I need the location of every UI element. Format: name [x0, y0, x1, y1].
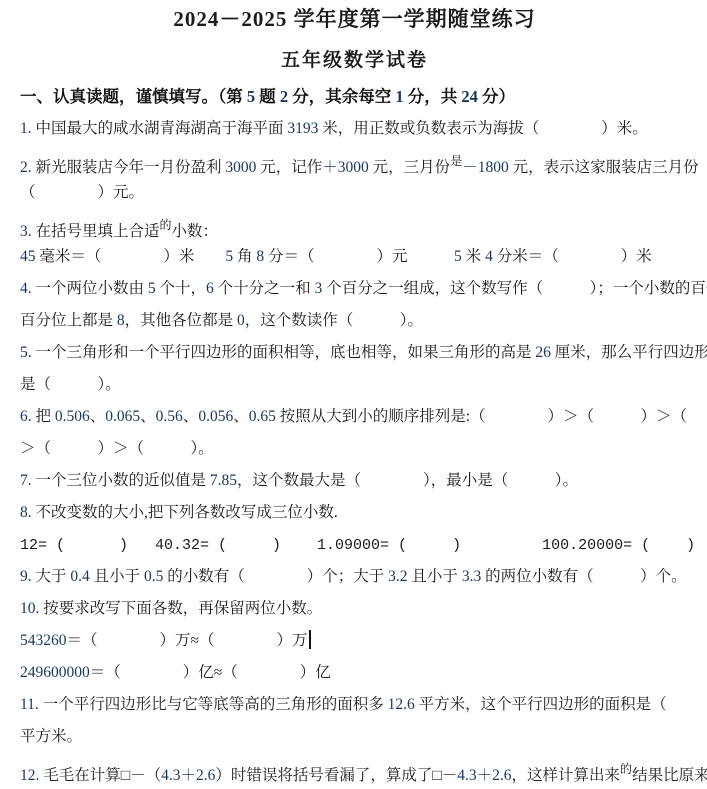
- text-segment: 角: [233, 248, 256, 265]
- text-segment: 结果比原来正: [632, 767, 707, 784]
- text-segment: 个百分之一组成，这个数写作（ ）；一个小数的百位和: [322, 280, 707, 297]
- text-segment: 毛毛在计算□－（: [43, 767, 161, 784]
- text-segment: 26: [535, 344, 551, 361]
- section-1-header: 一、认真读题，谨慎填写。（第 5 题 2 分，其余每空 1 分，共 24 分）: [20, 83, 689, 113]
- text-segment: 9.: [20, 568, 36, 585]
- text-segment: 大于: [36, 568, 71, 585]
- text-segment: 、: [183, 408, 199, 425]
- text-segment: 新光服装店今年一月份盈利: [36, 159, 226, 176]
- question-1: 1. 中国最大的咸水湖青海湖高于海平面 3193 米，用正数或负数表示为海拔（ …: [20, 113, 689, 145]
- text-segment: 0: [237, 312, 245, 329]
- text-segment: 7.85: [210, 472, 237, 489]
- text-segment: 一、认真读题，谨慎填写。（第: [20, 87, 247, 106]
- text-segment: 8: [256, 248, 264, 265]
- text-segment: 3.2: [388, 568, 407, 585]
- text-segment: 在括号里填上合适: [36, 223, 160, 240]
- text-segment: 百分位上都是: [20, 312, 117, 329]
- text-segment: 分米＝（ ）米: [493, 248, 652, 265]
- question-4-line-1: 4. 一个两位小数由 5 个十，6 个十分之一和 3 个百分之一组成，这个数写作…: [20, 273, 689, 305]
- exam-subtitle: 五年级数学试卷: [20, 49, 689, 73]
- text-segment: ＞（ ）＞（ ）。: [20, 440, 214, 457]
- text-segment: 一个平行四边形比与它等底等高的三角形的面积多: [43, 696, 388, 713]
- text-segment: 不改变数的大小,把下列各数改写成三位小数.: [36, 504, 338, 521]
- text-segment: 12.: [20, 767, 43, 784]
- text-segment: 1.: [20, 120, 36, 137]
- question-3-line-2: 45 毫米＝（ ）米 5 角 8 分＝（ ）元 5 米 4 分米＝（ ）米: [20, 241, 689, 273]
- text-segment: 一个三位小数的近似值是: [36, 472, 210, 489]
- text-segment: 0.65: [249, 408, 276, 425]
- question-7: 7. 一个三位小数的近似值是 7.85，这个数最大是（ ），最小是（ ）。: [20, 465, 689, 497]
- text-segment: 3000: [225, 159, 256, 176]
- text-segment: 、: [233, 408, 249, 425]
- text-segment: 7.: [20, 472, 36, 489]
- text-segment: 2.: [20, 159, 36, 176]
- text-segment: 中国最大的咸水湖青海湖高于海平面: [36, 120, 288, 137]
- text-segment: 3.3: [462, 568, 481, 585]
- question-2-line-1: 2. 新光服装店今年一月份盈利 3000 元，记作＋3000 元，三月份是－18…: [20, 145, 689, 177]
- text-segment: ＋3000: [322, 159, 369, 176]
- text-segment: 5: [454, 248, 462, 265]
- question-6-line-2: ＞（ ）＞（ ）。: [20, 433, 689, 465]
- question-11-line-1: 11. 一个平行四边形比与它等底等高的三角形的面积多 12.6 平方米，这个平行…: [20, 689, 689, 721]
- text-segment: 0.065: [105, 408, 140, 425]
- question-2-line-2: （ ）元。: [20, 177, 689, 209]
- text-segment: 元，表示这家服装店三月份: [509, 159, 699, 176]
- question-5-line-2: 是（ ）。: [20, 369, 689, 401]
- text-segment: 4.3＋2.6: [457, 767, 511, 784]
- text-segment: 0.4: [70, 568, 89, 585]
- question-8-line-1: 8. 不改变数的大小,把下列各数改写成三位小数.: [20, 497, 689, 529]
- text-segment: 6: [206, 280, 214, 297]
- text-segment: 个十，: [156, 280, 206, 297]
- text-segment: 的: [160, 218, 172, 232]
- text-segment: 分，共: [404, 87, 462, 106]
- question-8-line-2: 12= ( ) 40.32= ( ) 1.09000= ( ) 100.2000…: [20, 529, 689, 561]
- text-segment: 5.: [20, 344, 36, 361]
- text-segment: ，其他各位都是: [125, 312, 237, 329]
- text-segment: 12= ( ) 40.32= ( ) 1.09000= ( ) 100.2000…: [20, 537, 695, 554]
- text-segment: 4.: [20, 280, 36, 297]
- question-10-line-3: 249600000＝（ ）亿≈（ ）亿: [20, 657, 689, 689]
- text-segment: ＝（ ）万≈（ ）万: [67, 632, 308, 649]
- text-segment: 5: [225, 248, 233, 265]
- exam-body: 一、认真读题，谨慎填写。（第 5 题 2 分，其余每空 1 分，共 24 分）1…: [20, 83, 689, 785]
- text-segment: ，这样计算出来: [512, 767, 621, 784]
- exam-title: 2024－2025 学年度第一学期随堂练习: [20, 6, 689, 32]
- text-segment: 、: [90, 408, 106, 425]
- text-segment: 按要求改写下面各数，再保留两位小数。: [43, 600, 322, 617]
- text-segment: 5: [148, 280, 156, 297]
- text-segment: 把: [36, 408, 55, 425]
- text-segment: ）时错误将括号看漏了，算成了□－: [215, 767, 457, 784]
- text-segment: 是: [450, 154, 462, 168]
- text-segment: 按照从大到小的顺序排列是:（ ）＞（ ）＞（ ）: [276, 408, 707, 425]
- text-segment: 小数：: [172, 223, 219, 240]
- text-segment: 平方米。: [20, 728, 82, 745]
- text-segment: 分）: [478, 87, 515, 106]
- text-segment: 米: [462, 248, 485, 265]
- text-segment: 249600000: [20, 664, 90, 681]
- text-segment: 1: [395, 87, 403, 106]
- text-segment: 一个三角形和一个平行四边形的面积相等，底也相等，如果三角形的高是: [36, 344, 536, 361]
- question-5-line-1: 5. 一个三角形和一个平行四边形的面积相等，底也相等，如果三角形的高是 26 厘…: [20, 337, 689, 369]
- text-segment: 4.3＋2.6: [161, 767, 215, 784]
- text-segment: 的两位小数有（ ）个。: [481, 568, 686, 585]
- text-segment: （ ）元。: [20, 184, 144, 201]
- question-3-line-1: 3. 在括号里填上合适的小数：: [20, 209, 689, 241]
- text-segment: 24: [461, 87, 478, 106]
- question-10-line-1: 10. 按要求改写下面各数，再保留两位小数。: [20, 593, 689, 625]
- question-12: 12. 毛毛在计算□－（4.3＋2.6）时错误将括号看漏了，算成了□－4.3＋2…: [20, 753, 689, 785]
- text-segment: 0.056: [198, 408, 233, 425]
- text-segment: 个十分之一和: [214, 280, 315, 297]
- question-4-line-2: 百分位上都是 8，其他各位都是 0，这个数读作（ ）。: [20, 305, 689, 337]
- text-segment: 12.6: [388, 696, 415, 713]
- text-segment: 平方米，这个平行四边形的面积是（ ）: [415, 696, 707, 713]
- question-6-line-1: 6. 把 0.506、0.065、0.56、0.056、0.65 按照从大到小的…: [20, 401, 689, 433]
- text-segment: 厘米，那么平行四边形的高: [551, 344, 707, 361]
- text-cursor: [309, 630, 311, 649]
- text-segment: 4: [485, 248, 493, 265]
- text-segment: 是（ ）。: [20, 376, 121, 393]
- text-segment: 0.5: [144, 568, 163, 585]
- text-segment: 一个两位小数由: [36, 280, 148, 297]
- text-segment: 、: [140, 408, 156, 425]
- text-segment: ，这个数最大是（ ），最小是（ ）。: [237, 472, 578, 489]
- text-segment: 8: [117, 312, 125, 329]
- text-segment: 题: [255, 87, 280, 106]
- text-segment: 毫米＝（ ）米: [36, 248, 226, 265]
- text-segment: 0.56: [156, 408, 183, 425]
- question-11-line-2: 平方米。: [20, 721, 689, 753]
- text-segment: 米，用正数或负数表示为海拔（ ）米。: [318, 120, 647, 137]
- text-segment: 45: [20, 248, 36, 265]
- text-segment: －1800: [462, 159, 509, 176]
- text-segment: 2: [280, 87, 288, 106]
- question-9: 9. 大于 0.4 且小于 0.5 的小数有（ ）个；大于 3.2 且小于 3.…: [20, 561, 689, 593]
- text-segment: 元，记作: [256, 159, 322, 176]
- text-segment: 11.: [20, 696, 43, 713]
- text-segment: 543260: [20, 632, 67, 649]
- text-segment: 的小数有（ ）个；大于: [163, 568, 388, 585]
- text-segment: 5: [247, 87, 255, 106]
- text-segment: 3193: [287, 120, 318, 137]
- text-segment: 元，三月份: [369, 159, 450, 176]
- text-segment: 且小于: [90, 568, 144, 585]
- text-segment: 10.: [20, 600, 43, 617]
- text-segment: ＝（ ）亿≈（ ）亿: [90, 664, 331, 681]
- text-segment: 且小于: [408, 568, 462, 585]
- text-segment: ，这个数读作（ ）。: [245, 312, 423, 329]
- text-segment: 8.: [20, 504, 36, 521]
- exam-paper: 2024－2025 学年度第一学期随堂练习 五年级数学试卷 一、认真读题，谨慎填…: [0, 0, 707, 785]
- text-segment: 分，其余每空: [288, 87, 395, 106]
- text-segment: 的: [620, 762, 632, 776]
- question-10-line-2: 543260＝（ ）万≈（ ）万: [20, 625, 689, 657]
- text-segment: 0.506: [55, 408, 90, 425]
- text-segment: 分＝（ ）元: [264, 248, 454, 265]
- text-segment: 6.: [20, 408, 36, 425]
- text-segment: 3.: [20, 223, 36, 240]
